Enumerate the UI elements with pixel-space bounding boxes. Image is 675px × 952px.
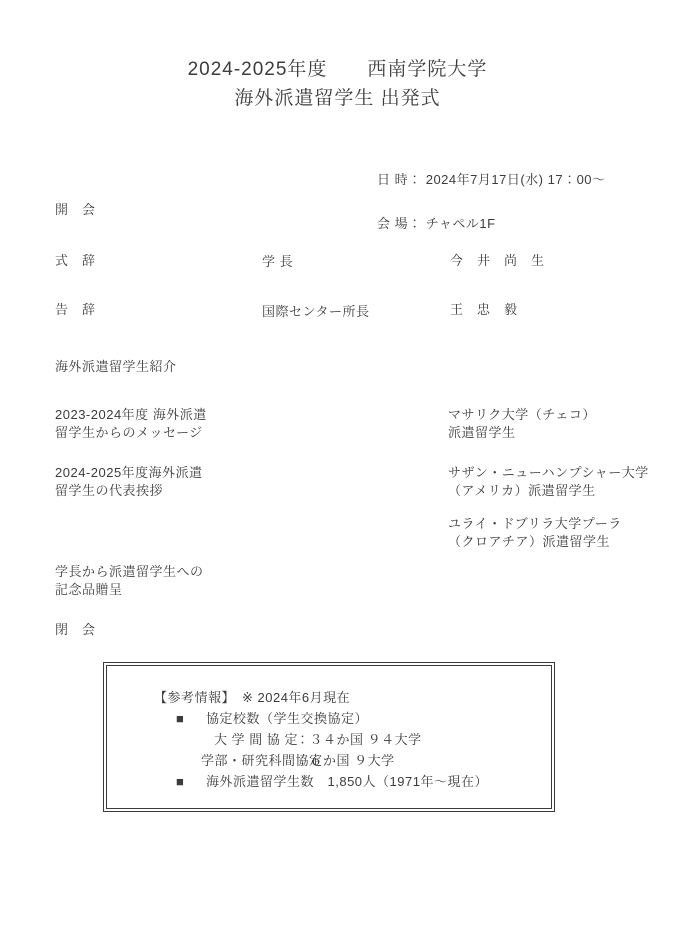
document-title-line2: 海外派遣留学生 出発式 [0, 87, 675, 111]
speaker-role-intl-center-director: 国際センター所長 [262, 303, 369, 321]
reference-dispatched-students-count: 海外派遣留学生数 1,850人（1971年～現在） [206, 773, 488, 791]
program-item-representative-greeting: 2024-2025年度海外派遣 留学生の代表挨拶 [55, 464, 203, 500]
agreement-row-university-label: 大 学 間 協 定 [214, 731, 298, 749]
speaker-name-intl-center-director: 王 忠 毅 [450, 301, 518, 319]
agreement-row-university-value: ：３４か国 ９４大学 [296, 731, 422, 749]
square-bullet-icon: ■ [176, 710, 184, 728]
reference-heading: 【参考情報】 ※ 2024年6月現在 [154, 689, 350, 707]
program-item-returnee-message: 2023-2024年度 海外派遣 留学生からのメッセージ [55, 406, 207, 442]
program-item-opening: 開 会 [55, 201, 96, 219]
program-item-student-introduction: 海外派遣留学生紹介 [55, 358, 177, 376]
event-datetime: 日 時： 2024年7月17日(水) 17：00～ [377, 169, 606, 191]
program-item-closing: 閉 会 [55, 621, 96, 639]
returnee-message-university: マサリク大学（チェコ） 派遣留学生 [448, 406, 596, 442]
event-meta: 日 時： 2024年7月17日(水) 17：00～ 会 場： チャペル1F [377, 147, 606, 257]
program-item-ceremonial-address: 式 辞 [55, 252, 96, 270]
reference-partner-schools: 協定校数（学生交換協定） [206, 710, 368, 728]
program-item-farewell-address: 告 辞 [55, 301, 96, 319]
greeting-university-2: ユライ・ドブリラ大学プーラ （クロアチア）派遣留学生 [448, 515, 622, 551]
square-bullet-icon: ■ [176, 773, 184, 791]
greeting-university-1: サザン・ニューハンプシャー大学 （アメリカ）派遣留学生 [448, 464, 649, 500]
program-item-gift-presentation: 学長から派遣留学生への 記念品贈呈 [55, 563, 204, 599]
speaker-role-president: 学 長 [262, 253, 293, 271]
speaker-name-president: 今 井 尚 生 [450, 252, 545, 270]
reference-info-box: 【参考情報】 ※ 2024年6月現在 ■ 協定校数（学生交換協定） 大 学 間 … [103, 662, 555, 812]
agreement-row-faculty-value: ：６か国 ９大学 [296, 752, 395, 770]
document-page: 2024-2025年度 西南学院大学 海外派遣留学生 出発式 日 時： 2024… [0, 0, 675, 952]
document-title-line1: 2024-2025年度 西南学院大学 [0, 58, 675, 82]
event-venue: 会 場： チャペル1F [377, 213, 606, 235]
